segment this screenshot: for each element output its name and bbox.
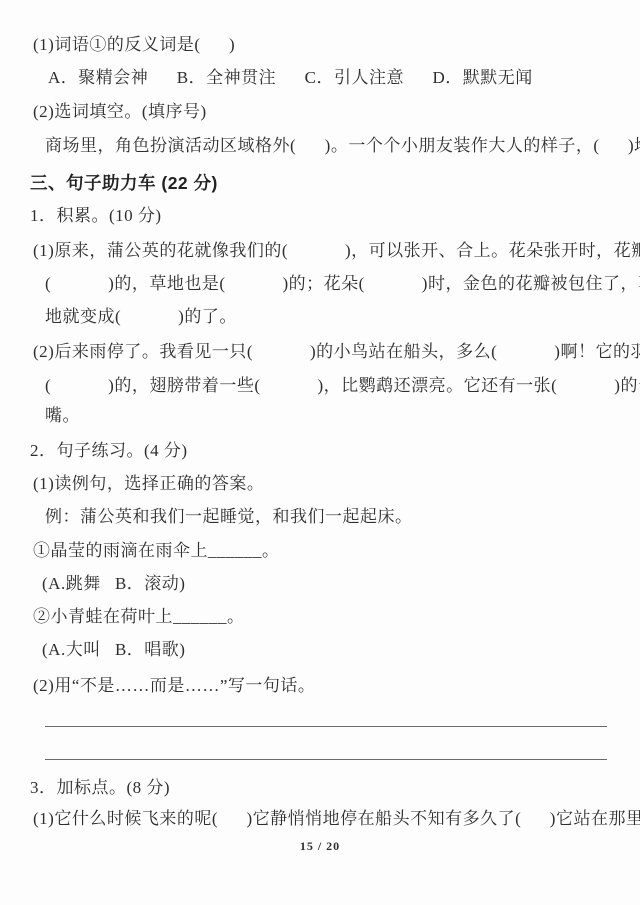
item2-part2-stem: (2)用“不是……而是……”写一句话。 xyxy=(33,676,315,696)
item1-part1-line2: ( )的，草地也是( )的；花朵( )时，金色的花瓣被包住了，草 xyxy=(45,274,640,294)
item2-title: 2．句子练习。(4 分) xyxy=(30,441,188,461)
item1-part1-line1: (1)原来，蒲公英的花就像我们的( )，可以张开、合上。花朵张开时，花瓣是 xyxy=(33,241,640,261)
item2-part1-stem: (1)读例句，选择正确的答案。 xyxy=(33,474,264,494)
item3-part1-line: (1)它什么时候飞来的呢( )它静悄悄地停在船头不知有多久了( )它站在那里做什 xyxy=(33,809,640,829)
page-number: 15 / 20 xyxy=(0,839,640,854)
question-fill-word-sentence: 商场里，角色扮演活动区域格外( )。一个个小朋友装作大人的样子，( )地做事。 xyxy=(45,136,640,156)
item2-question1-options: (A.跳舞 B．滚动) xyxy=(42,574,185,594)
item2-question2-options: (A.大叫 B．唱歌) xyxy=(42,640,185,660)
item1-part2-line3: 嘴。 xyxy=(45,406,80,426)
section-three-heading: 三、句子助力车 (22 分) xyxy=(30,173,218,193)
item1-part2-line1: (2)后来雨停了。我看见一只( )的小鸟站在船头，多么( )啊！它的羽毛是 xyxy=(33,342,640,362)
question-fill-word-stem: (2)选词填空。(填序号) xyxy=(33,102,207,122)
item2-question2: ②小青蛙在荷叶上______。 xyxy=(33,607,245,627)
question-antonym-stem: (1)词语①的反义词是( ) xyxy=(33,35,235,55)
item2-question1: ①晶莹的雨滴在雨伞上______。 xyxy=(33,541,280,561)
answer-rule-2 xyxy=(45,759,607,760)
test-paper-page: (1)词语①的反义词是( ) A．聚精会神 B．全神贯注 C．引人注意 D．默默… xyxy=(0,0,640,905)
item1-part1-line3: 地就变成( )的了。 xyxy=(45,307,237,327)
item2-example: 例：蒲公英和我们一起睡觉，和我们一起起床。 xyxy=(45,507,413,527)
answer-rule-1 xyxy=(45,726,607,727)
question-antonym-options: A．聚精会神 B．全神贯注 C．引人注意 D．默默无闻 xyxy=(48,68,533,88)
item3-title: 3．加标点。(8 分) xyxy=(30,778,170,798)
item1-part2-line2: ( )的，翅膀带着一些( )，比鹦鹉还漂亮。它还有一张( )的长 xyxy=(45,376,640,396)
item1-title: 1．积累。(10 分) xyxy=(30,206,162,226)
